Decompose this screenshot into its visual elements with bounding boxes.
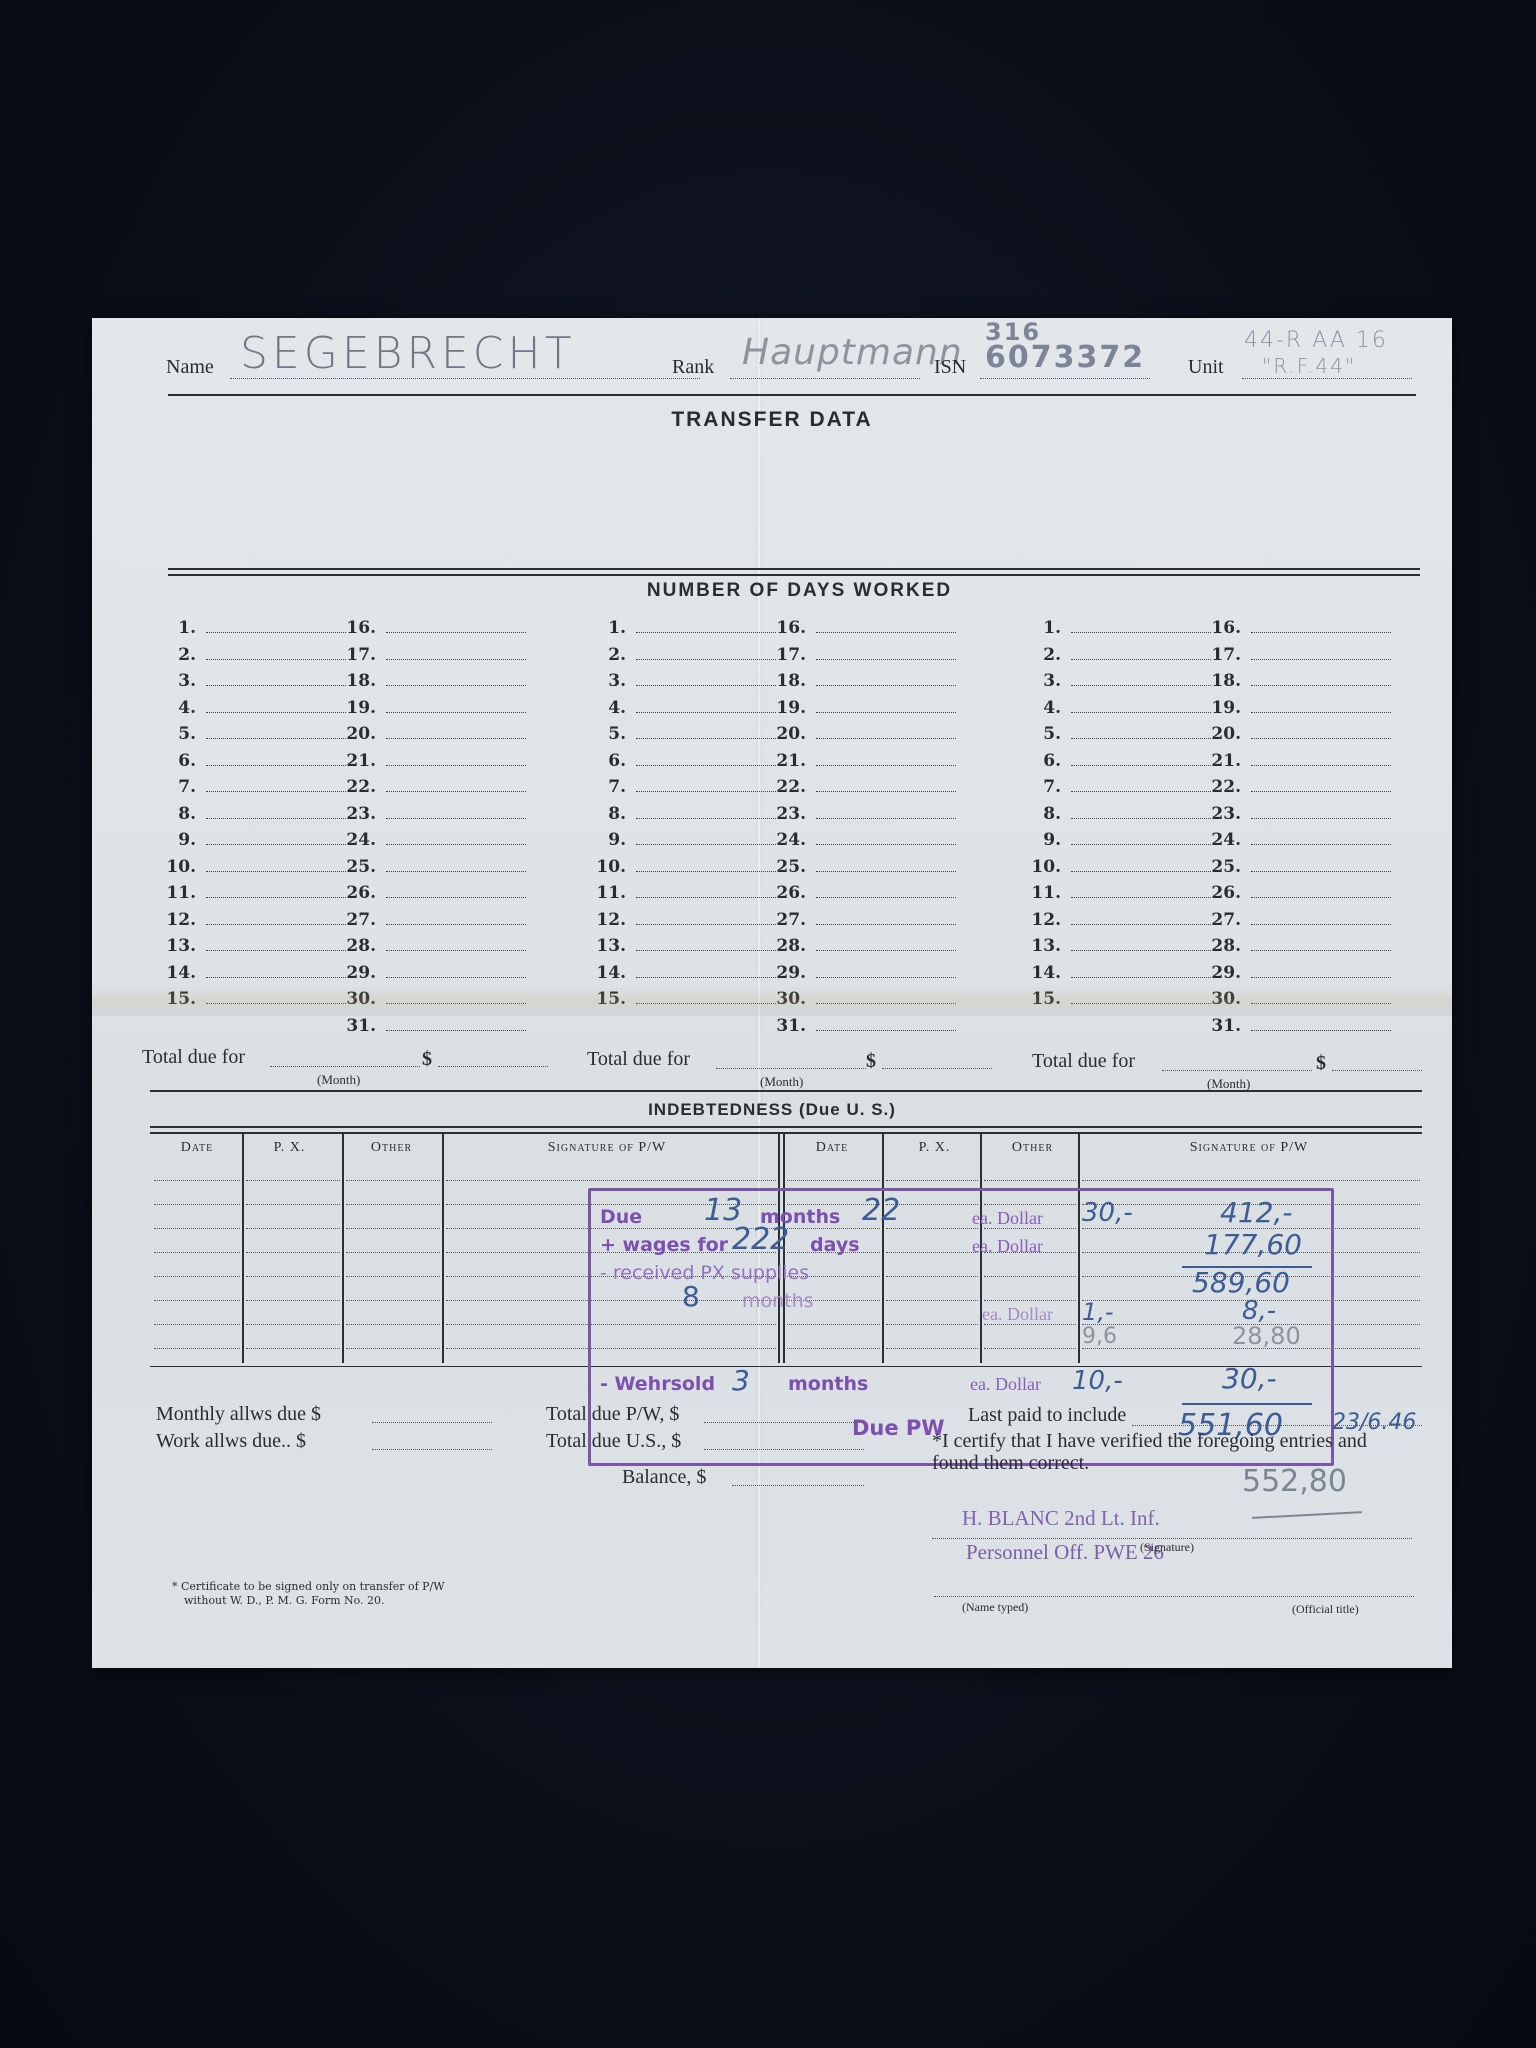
day-hours-field[interactable] <box>386 844 526 845</box>
day-entry: 19. <box>1207 698 1391 718</box>
day-hours-field[interactable] <box>816 712 956 713</box>
day-hours-field[interactable] <box>386 871 526 872</box>
day-hours-field[interactable] <box>1251 738 1391 739</box>
table-cell-line[interactable] <box>346 1180 440 1181</box>
day-hours-field[interactable] <box>1071 818 1211 819</box>
day-hours-field[interactable] <box>386 924 526 925</box>
day-hours-field[interactable] <box>816 950 956 951</box>
day-hours-field[interactable] <box>386 897 526 898</box>
day-number: 19. <box>342 698 376 718</box>
day-entry: 16. <box>1207 618 1391 638</box>
day-number: 7. <box>162 777 196 797</box>
table-cell-line[interactable] <box>154 1276 240 1277</box>
day-entry: 26. <box>342 883 526 903</box>
day-number: 6. <box>162 751 196 771</box>
day-hours-field[interactable] <box>206 738 346 739</box>
day-entry: 6. <box>1027 751 1211 771</box>
col-other-2: Other <box>985 1140 1080 1156</box>
day-hours-field[interactable] <box>1251 685 1391 686</box>
day-entry: 23. <box>1207 804 1391 824</box>
day-hours-field[interactable] <box>386 738 526 739</box>
day-hours-field[interactable] <box>816 659 956 660</box>
day-entry: 18. <box>342 671 526 691</box>
day-number: 31. <box>1207 1016 1241 1036</box>
day-entry: 27. <box>342 910 526 930</box>
day-number: 2. <box>162 645 196 665</box>
isn-field-line <box>980 378 1150 379</box>
day-hours-field[interactable] <box>1071 1003 1211 1004</box>
day-hours-field[interactable] <box>206 685 346 686</box>
day-hours-field[interactable] <box>206 924 346 925</box>
day-hours-field[interactable] <box>386 712 526 713</box>
day-number: 11. <box>162 883 196 903</box>
stamp-rate-label: ea. Dollar <box>972 1236 1043 1257</box>
day-number: 18. <box>342 671 376 691</box>
day-number: 20. <box>772 724 806 744</box>
day-entry: 11. <box>1027 883 1211 903</box>
table-cell-line[interactable] <box>154 1228 240 1229</box>
day-number: 22. <box>342 777 376 797</box>
day-number: 9. <box>592 830 626 850</box>
day-entry: 27. <box>1207 910 1391 930</box>
day-hours-field[interactable] <box>1251 1003 1391 1004</box>
day-number: 8. <box>1027 804 1061 824</box>
day-number: 5. <box>1027 724 1061 744</box>
day-entry: 4. <box>1027 698 1211 718</box>
day-hours-field[interactable] <box>1071 765 1211 766</box>
balance-label: Balance, $ <box>622 1466 706 1489</box>
day-hours-field[interactable] <box>206 897 346 898</box>
day-hours-field[interactable] <box>816 1030 956 1031</box>
day-hours-field[interactable] <box>1071 897 1211 898</box>
day-entry: 16. <box>772 618 956 638</box>
day-entry: 18. <box>1207 671 1391 691</box>
day-hours-field[interactable] <box>816 924 956 925</box>
day-hours-field[interactable] <box>636 897 776 898</box>
day-hours-field[interactable] <box>636 685 776 686</box>
day-hours-field[interactable] <box>1071 659 1211 660</box>
day-hours-field[interactable] <box>1251 712 1391 713</box>
day-hours-field[interactable] <box>206 818 346 819</box>
day-entry: 2. <box>1027 645 1211 665</box>
stamp-days-label: days <box>810 1234 860 1256</box>
day-number: 7. <box>592 777 626 797</box>
table-cell-line[interactable] <box>154 1324 240 1325</box>
wages-amount: 177,60 <box>1204 1228 1302 1261</box>
day-entry: 14. <box>1027 963 1211 983</box>
day-hours-field[interactable] <box>636 632 776 633</box>
day-hours-field[interactable] <box>1071 738 1211 739</box>
day-number: 27. <box>342 910 376 930</box>
day-entry: 29. <box>772 963 956 983</box>
day-hours-field[interactable] <box>816 871 956 872</box>
table-cell-line[interactable] <box>154 1180 240 1181</box>
month-field[interactable] <box>716 1068 866 1069</box>
balance-field[interactable] <box>732 1485 864 1486</box>
total-due-us-label: Total due U.S., $ <box>546 1430 681 1453</box>
day-number: 21. <box>342 751 376 771</box>
day-entry: 17. <box>772 645 956 665</box>
day-hours-field[interactable] <box>386 632 526 633</box>
day-hours-field[interactable] <box>636 659 776 660</box>
table-cell-line[interactable] <box>246 1300 340 1301</box>
day-entry: 2. <box>162 645 346 665</box>
day-hours-field[interactable] <box>386 950 526 951</box>
day-entry: 22. <box>342 777 526 797</box>
day-number: 30. <box>342 989 376 1009</box>
day-entry: 24. <box>1207 830 1391 850</box>
day-hours-field[interactable] <box>206 1003 346 1004</box>
official-title-caption: (Official title) <box>1292 1602 1359 1617</box>
day-hours-field[interactable] <box>816 632 956 633</box>
day-hours-field[interactable] <box>1071 924 1211 925</box>
day-hours-field[interactable] <box>1251 897 1391 898</box>
day-number: 2. <box>592 645 626 665</box>
day-entry: 3. <box>1027 671 1211 691</box>
day-number: 8. <box>162 804 196 824</box>
amount-field[interactable] <box>882 1068 992 1069</box>
day-hours-field[interactable] <box>206 765 346 766</box>
day-entry: 2. <box>592 645 776 665</box>
table-cell-line[interactable] <box>787 1180 880 1181</box>
day-hours-field[interactable] <box>1071 977 1211 978</box>
col-divider <box>242 1133 244 1363</box>
day-number: 16. <box>342 618 376 638</box>
day-number: 29. <box>772 963 806 983</box>
table-cell-line[interactable] <box>446 1180 776 1181</box>
day-entry: 12. <box>592 910 776 930</box>
day-entry: 1. <box>592 618 776 638</box>
wages-days-value: 222 <box>732 1222 789 1257</box>
day-hours-field[interactable] <box>636 765 776 766</box>
day-hours-field[interactable] <box>636 738 776 739</box>
day-number: 1. <box>162 618 196 638</box>
days-worked-title: NUMBER OF DAYS WORKED <box>92 580 1507 602</box>
day-number: 3. <box>1027 671 1061 691</box>
section-rule-top <box>168 568 1420 570</box>
table-cell-line[interactable] <box>246 1252 340 1253</box>
header-rule <box>168 394 1416 396</box>
day-hours-field[interactable] <box>636 844 776 845</box>
table-cell-line[interactable] <box>346 1324 440 1325</box>
col-date-2: Date <box>782 1140 882 1156</box>
day-number: 27. <box>1207 910 1241 930</box>
day-hours-field[interactable] <box>386 685 526 686</box>
day-hours-field[interactable] <box>816 1003 956 1004</box>
day-number: 3. <box>592 671 626 691</box>
day-number: 30. <box>1207 989 1241 1009</box>
day-entry: 13. <box>1027 936 1211 956</box>
day-entry: 3. <box>592 671 776 691</box>
day-hours-field[interactable] <box>636 871 776 872</box>
table-cell-line[interactable] <box>246 1348 340 1349</box>
day-hours-field[interactable] <box>386 1030 526 1031</box>
day-number: 31. <box>342 1016 376 1036</box>
day-hours-field[interactable] <box>1251 924 1391 925</box>
day-number: 26. <box>342 883 376 903</box>
day-entry: 21. <box>772 751 956 771</box>
day-number: 24. <box>772 830 806 850</box>
day-hours-field[interactable] <box>1251 632 1391 633</box>
name-typed-caption: (Name typed) <box>962 1600 1028 1615</box>
table-cell-line[interactable] <box>154 1348 240 1349</box>
amount-field[interactable] <box>438 1066 548 1067</box>
day-hours-field[interactable] <box>816 791 956 792</box>
day-hours-field[interactable] <box>206 791 346 792</box>
day-hours-field[interactable] <box>636 712 776 713</box>
day-number: 29. <box>342 963 376 983</box>
total-due-us-field[interactable] <box>704 1449 864 1450</box>
day-entry: 25. <box>1207 857 1391 877</box>
day-hours-field[interactable] <box>636 924 776 925</box>
day-number: 15. <box>1027 989 1061 1009</box>
table-rule-top <box>150 1126 1422 1128</box>
day-hours-field[interactable] <box>386 1003 526 1004</box>
day-hours-field[interactable] <box>386 977 526 978</box>
day-hours-field[interactable] <box>206 632 346 633</box>
day-hours-field[interactable] <box>1251 844 1391 845</box>
table-cell-line[interactable] <box>154 1252 240 1253</box>
day-hours-field[interactable] <box>816 685 956 686</box>
month-field[interactable] <box>270 1066 420 1067</box>
table-cell-line[interactable] <box>154 1204 240 1205</box>
table-cell-line[interactable] <box>346 1252 440 1253</box>
day-entry: 13. <box>592 936 776 956</box>
day-number: 12. <box>162 910 196 930</box>
stamp-px-label: - received PX supplies <box>600 1262 809 1284</box>
day-hours-field[interactable] <box>636 950 776 951</box>
day-entry: 20. <box>342 724 526 744</box>
last-paid-field[interactable] <box>1132 1425 1422 1426</box>
day-hours-field[interactable] <box>1251 871 1391 872</box>
day-entry: 31. <box>1207 1016 1391 1036</box>
indebtedness-rule <box>150 1090 1422 1092</box>
day-hours-field[interactable] <box>1251 765 1391 766</box>
day-number: 4. <box>592 698 626 718</box>
table-cell-line[interactable] <box>346 1276 440 1277</box>
table-cell-line[interactable] <box>346 1300 440 1301</box>
day-number: 12. <box>1027 910 1061 930</box>
day-entry: 4. <box>592 698 776 718</box>
wehrsold-months-value: 3 <box>732 1364 750 1397</box>
monthly-allowance-field[interactable] <box>372 1422 492 1423</box>
day-entry: 29. <box>1207 963 1391 983</box>
transfer-data-form: Name SEGEBRECHT Rank Hauptmann ISN 316 6… <box>92 318 1452 1668</box>
day-number: 5. <box>592 724 626 744</box>
stamp-due-pw-label: Due PW <box>852 1416 945 1440</box>
wehrsold-rate-value: 10,- <box>1072 1366 1123 1396</box>
day-hours-field[interactable] <box>1071 685 1211 686</box>
col-date: Date <box>152 1140 242 1156</box>
pencil-amount: 28,80 <box>1232 1322 1301 1350</box>
table-cell-line[interactable] <box>346 1228 440 1229</box>
day-hours-field[interactable] <box>206 977 346 978</box>
day-hours-field[interactable] <box>816 897 956 898</box>
stamp-wages-label: + wages for <box>600 1234 728 1256</box>
day-entry: 23. <box>342 804 526 824</box>
day-number: 13. <box>1027 936 1061 956</box>
day-entry: 9. <box>162 830 346 850</box>
day-hours-field[interactable] <box>1251 659 1391 660</box>
month-caption: (Month) <box>760 1074 803 1090</box>
rank-value: Hauptmann <box>742 332 963 373</box>
day-entry: 3. <box>162 671 346 691</box>
table-cell-line[interactable] <box>346 1204 440 1205</box>
day-hours-field[interactable] <box>386 818 526 819</box>
day-hours-field[interactable] <box>206 950 346 951</box>
table-cell-line[interactable] <box>154 1300 240 1301</box>
total-due-label: Total due for <box>1032 1050 1135 1073</box>
day-entry: 28. <box>1207 936 1391 956</box>
day-hours-field[interactable] <box>1071 712 1211 713</box>
day-number: 1. <box>1027 618 1061 638</box>
dollar-sign: $ <box>422 1048 432 1071</box>
day-number: 14. <box>1027 963 1061 983</box>
day-hours-field[interactable] <box>206 659 346 660</box>
day-hours-field[interactable] <box>636 791 776 792</box>
day-hours-field[interactable] <box>636 818 776 819</box>
day-number: 9. <box>1027 830 1061 850</box>
day-entry: 29. <box>342 963 526 983</box>
day-entry: 22. <box>772 777 956 797</box>
table-cell-line[interactable] <box>984 1180 1076 1181</box>
table-cell-line[interactable] <box>246 1276 340 1277</box>
table-cell-line[interactable] <box>246 1204 340 1205</box>
day-hours-field[interactable] <box>1251 1030 1391 1031</box>
day-entry: 28. <box>342 936 526 956</box>
day-hours-field[interactable] <box>816 765 956 766</box>
day-hours-field[interactable] <box>1251 950 1391 951</box>
day-number: 17. <box>342 645 376 665</box>
isn-value: 6073372 <box>985 340 1145 375</box>
day-entry: 10. <box>1027 857 1211 877</box>
day-number: 19. <box>1207 698 1241 718</box>
day-hours-field[interactable] <box>816 818 956 819</box>
table-cell-line[interactable] <box>246 1228 340 1229</box>
day-entry: 11. <box>592 883 776 903</box>
day-hours-field[interactable] <box>386 765 526 766</box>
day-entry: 24. <box>772 830 956 850</box>
col-signature-2: Signature of P/W <box>1084 1140 1414 1156</box>
day-number: 11. <box>1027 883 1061 903</box>
day-number: 23. <box>772 804 806 824</box>
due-extra-value: 22 <box>862 1193 900 1228</box>
day-hours-field[interactable] <box>1071 632 1211 633</box>
day-number: 12. <box>592 910 626 930</box>
day-entry: 28. <box>772 936 956 956</box>
day-entry: 8. <box>592 804 776 824</box>
day-entry: 1. <box>162 618 346 638</box>
day-hours-field[interactable] <box>816 844 956 845</box>
transfer-data-title: TRANSFER DATA <box>92 408 1452 432</box>
amount-field[interactable] <box>1332 1070 1422 1071</box>
day-entry: 8. <box>162 804 346 824</box>
month-caption: (Month) <box>317 1072 360 1088</box>
name-title-line[interactable] <box>934 1596 1414 1597</box>
day-hours-field[interactable] <box>816 977 956 978</box>
table-cell-line[interactable] <box>246 1324 340 1325</box>
day-hours-field[interactable] <box>1251 818 1391 819</box>
subtotal-amount: 589,60 <box>1192 1266 1290 1299</box>
footnote-line-2: without W. D., P. M. G. Form No. 20. <box>172 1594 445 1608</box>
day-hours-field[interactable] <box>1251 977 1391 978</box>
day-hours-field[interactable] <box>816 738 956 739</box>
day-hours-field[interactable] <box>1071 844 1211 845</box>
day-number: 25. <box>772 857 806 877</box>
table-cell-line[interactable] <box>246 1180 340 1181</box>
name-value: SEGEBRECHT <box>240 328 576 379</box>
day-entry: 17. <box>1207 645 1391 665</box>
col-other: Other <box>344 1140 439 1156</box>
total-due-pw-label: Total due P/W, $ <box>546 1403 679 1426</box>
day-number: 7. <box>1027 777 1061 797</box>
day-number: 31. <box>772 1016 806 1036</box>
day-hours-field[interactable] <box>636 977 776 978</box>
day-number: 11. <box>592 883 626 903</box>
footnote: * Certificate to be signed only on trans… <box>172 1580 445 1608</box>
total-due-label: Total due for <box>587 1048 690 1071</box>
day-hours-field[interactable] <box>1071 791 1211 792</box>
day-number: 28. <box>1207 936 1241 956</box>
unit-value: "R.F.44" <box>1262 354 1356 378</box>
last-paid-label: Last paid to include <box>968 1404 1126 1427</box>
day-entry: 5. <box>162 724 346 744</box>
table-cell-line[interactable] <box>886 1180 978 1181</box>
day-hours-field[interactable] <box>206 712 346 713</box>
month-field[interactable] <box>1162 1070 1312 1071</box>
day-entry: 24. <box>342 830 526 850</box>
day-number: 24. <box>342 830 376 850</box>
total-due-pw-field[interactable] <box>704 1422 864 1423</box>
table-cell-line[interactable] <box>346 1348 440 1349</box>
day-number: 27. <box>772 910 806 930</box>
day-entry: 21. <box>1207 751 1391 771</box>
day-hours-field[interactable] <box>206 844 346 845</box>
name-label: Name <box>166 356 214 379</box>
col-px-2: P. X. <box>887 1140 982 1156</box>
rank-label: Rank <box>672 356 714 379</box>
indebtedness-title: INDEBTEDNESS (Due U. S.) <box>92 1100 1452 1120</box>
day-number: 21. <box>1207 751 1241 771</box>
day-entry: 12. <box>1027 910 1211 930</box>
day-number: 13. <box>592 936 626 956</box>
day-hours-field[interactable] <box>1251 791 1391 792</box>
day-hours-field[interactable] <box>206 871 346 872</box>
day-hours-field[interactable] <box>1071 950 1211 951</box>
day-number: 23. <box>1207 804 1241 824</box>
day-hours-field[interactable] <box>386 791 526 792</box>
work-allowance-field[interactable] <box>372 1449 492 1450</box>
signature-line[interactable] <box>932 1538 1412 1539</box>
day-entry: 17. <box>342 645 526 665</box>
work-allowance-label: Work allws due.. $ <box>156 1430 306 1453</box>
day-number: 29. <box>1207 963 1241 983</box>
day-hours-field[interactable] <box>1071 871 1211 872</box>
day-entry: 7. <box>592 777 776 797</box>
stamp-wehrsold-label: - Wehrsold <box>600 1373 715 1395</box>
day-entry: 20. <box>1207 724 1391 744</box>
day-entry: 30. <box>342 989 526 1009</box>
day-entry: 25. <box>342 857 526 877</box>
table-cell-line[interactable] <box>1082 1180 1420 1181</box>
day-entry: 25. <box>772 857 956 877</box>
day-number: 24. <box>1207 830 1241 850</box>
day-number: 15. <box>162 989 196 1009</box>
day-hours-field[interactable] <box>636 1003 776 1004</box>
day-hours-field[interactable] <box>386 659 526 660</box>
day-number: 14. <box>162 963 196 983</box>
day-entry: 5. <box>1027 724 1211 744</box>
